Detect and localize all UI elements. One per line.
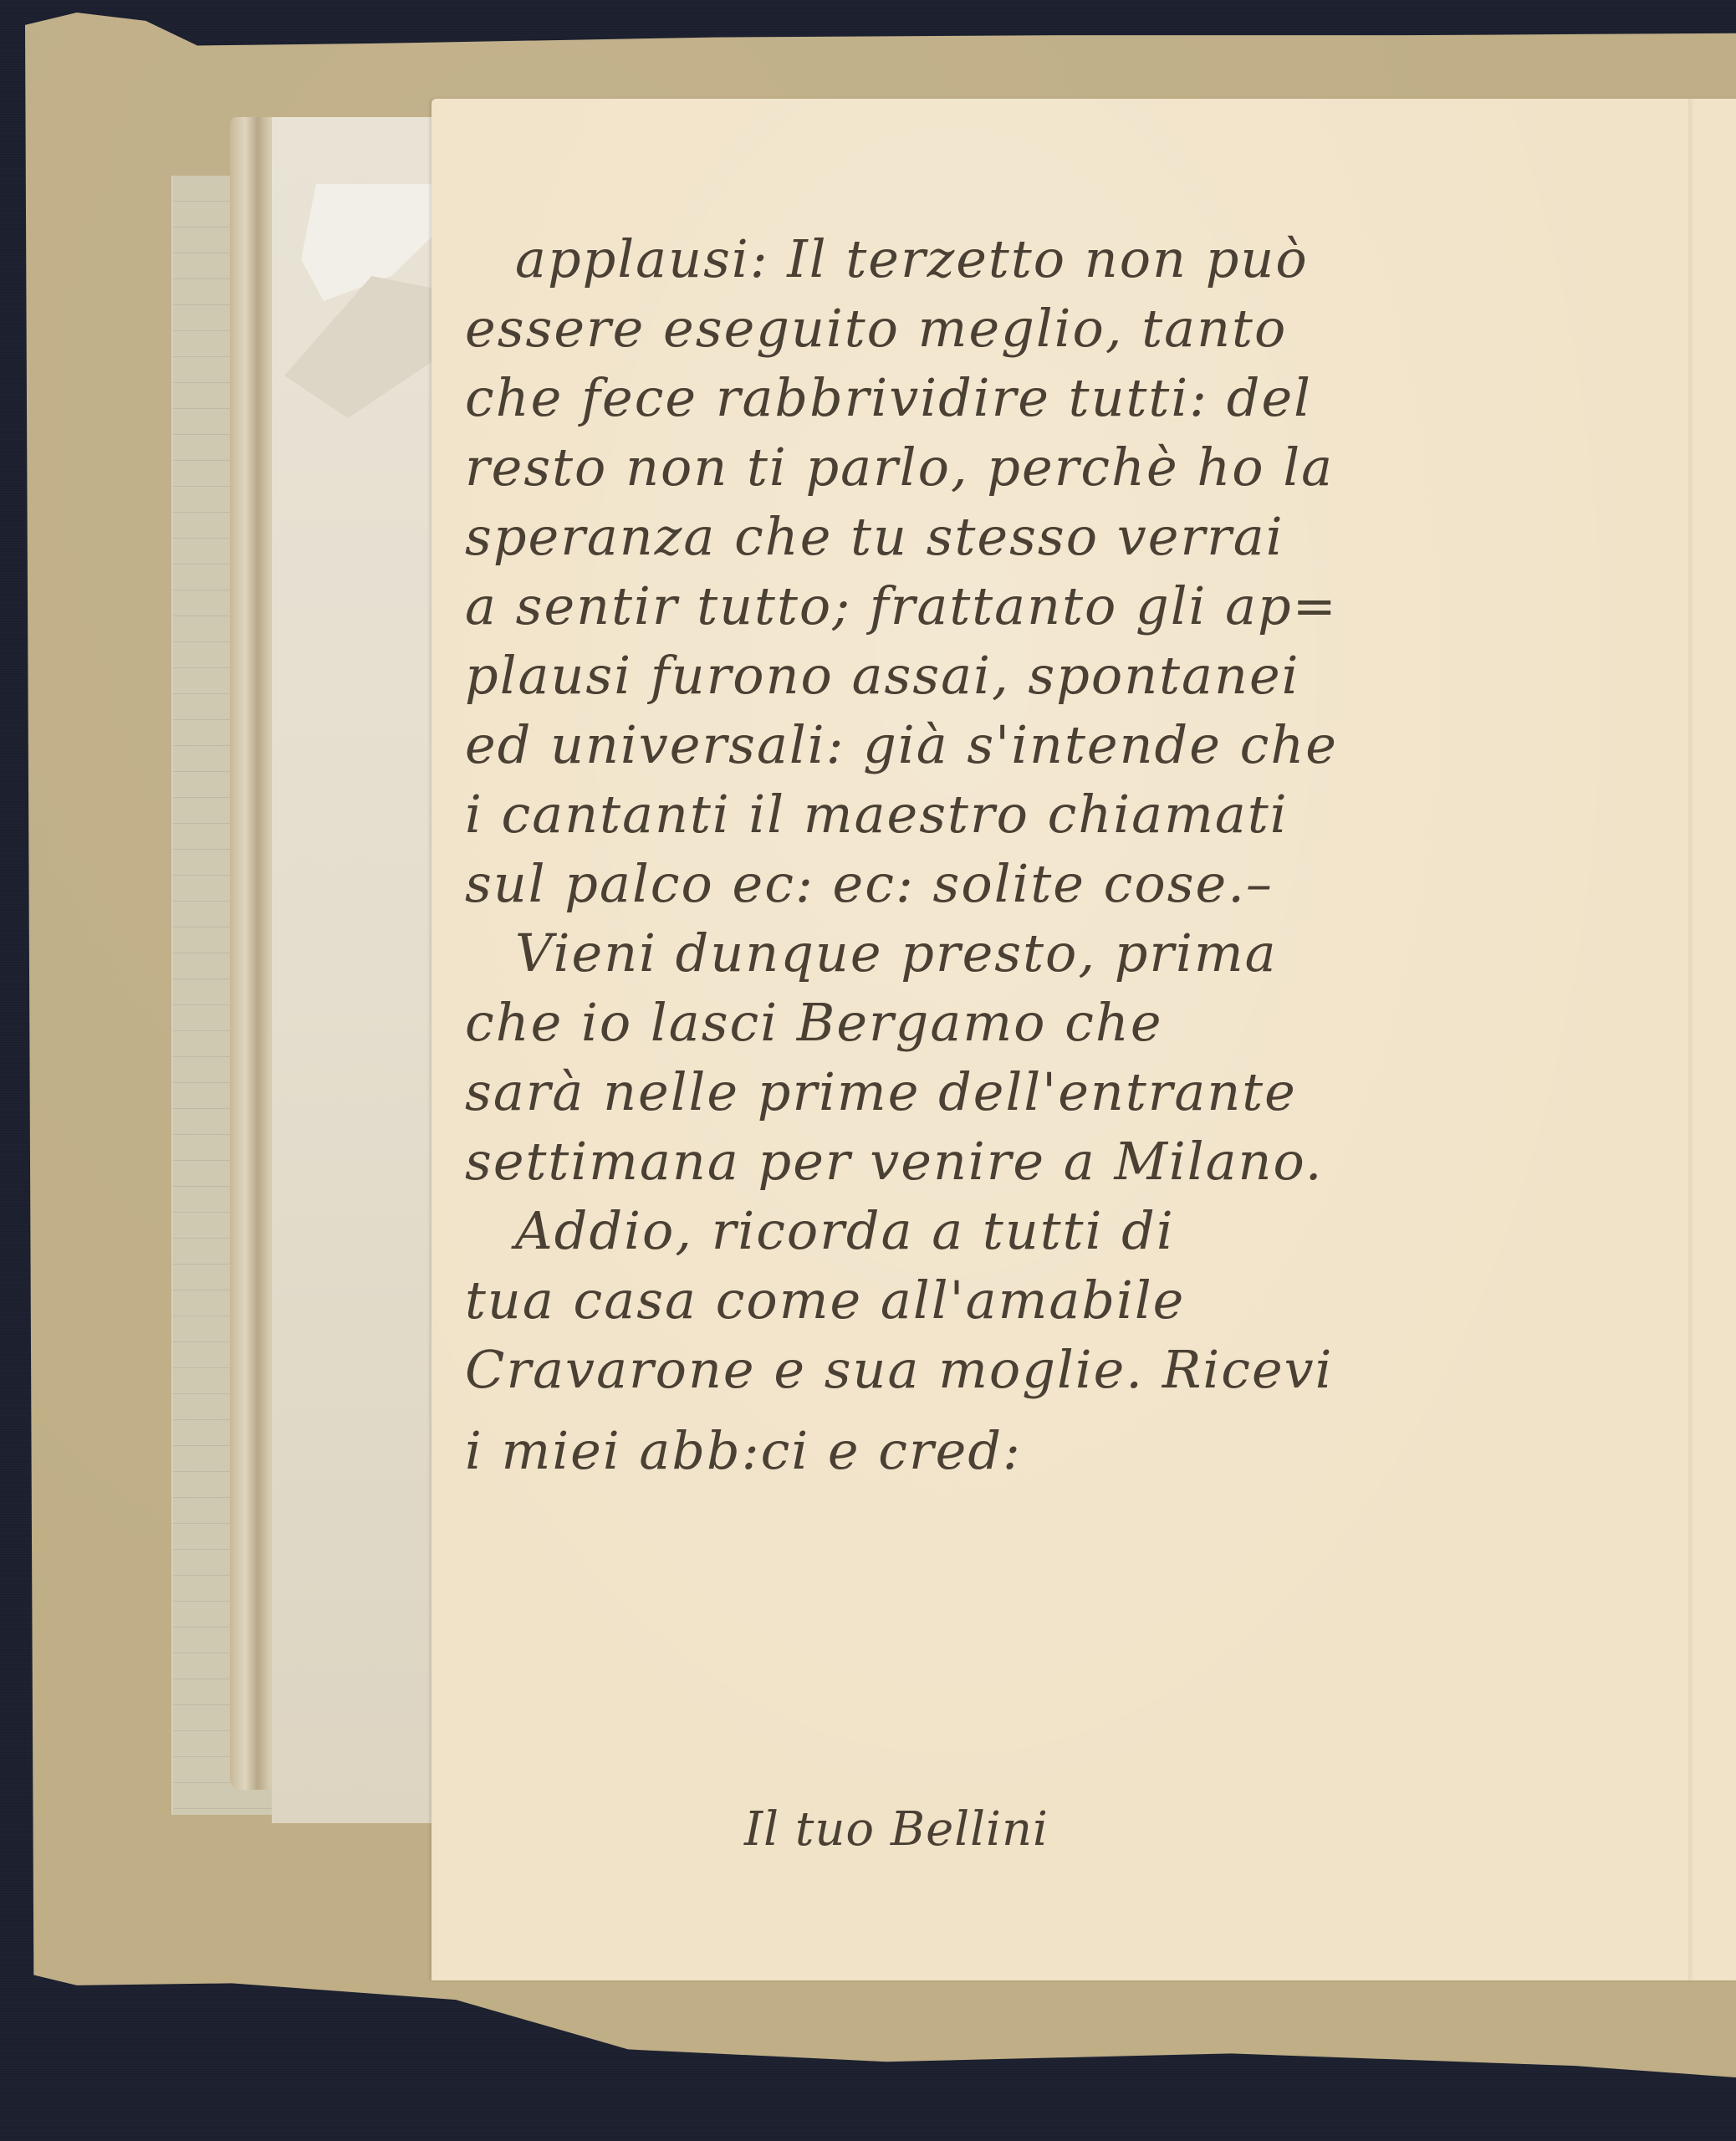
letter-line: Vieni dunque presto, prima — [465, 918, 1652, 988]
letter-line: speranza che tu stesso verrai — [465, 502, 1652, 571]
letter-line: Addio, ricorda a tutti di — [465, 1196, 1652, 1265]
letter-line: i miei abb:ci e cred: — [465, 1416, 1652, 1485]
letter-line: i cantanti il maestro chiamati — [465, 779, 1652, 849]
letter-line: a sentir tutto; frattanto gli ap= — [465, 571, 1652, 641]
signature: Il tuo Bellini — [744, 1802, 1049, 1857]
letter-line: ed universali: già s'intende che — [465, 710, 1652, 779]
letter-line: sul palco ec: ec: solite cose.– — [465, 849, 1652, 918]
letter-line: che io lasci Bergamo che — [465, 988, 1652, 1057]
letter-line: applausi: Il terzetto non può — [465, 224, 1652, 294]
letter-line: Cravarone e sua moglie. Ricevi — [465, 1335, 1652, 1404]
letter-line: che fece rabbrividire tutti: del — [465, 363, 1652, 432]
letter-line: essere eseguito meglio, tanto — [465, 294, 1652, 363]
letter-body: applausi: Il terzetto non può essere ese… — [465, 224, 1652, 1485]
letter-page: applausi: Il terzetto non può essere ese… — [431, 99, 1736, 1980]
letter-line: settimana per venire a Milano. — [465, 1127, 1652, 1196]
letter-line: sarà nelle prime dell'entrante — [465, 1057, 1652, 1127]
letter-line: resto non ti parlo, perchè ho la — [465, 432, 1652, 502]
letter-line: tua casa come all'amabile — [465, 1265, 1652, 1335]
letter-line: plausi furono assai, spontanei — [465, 641, 1652, 710]
